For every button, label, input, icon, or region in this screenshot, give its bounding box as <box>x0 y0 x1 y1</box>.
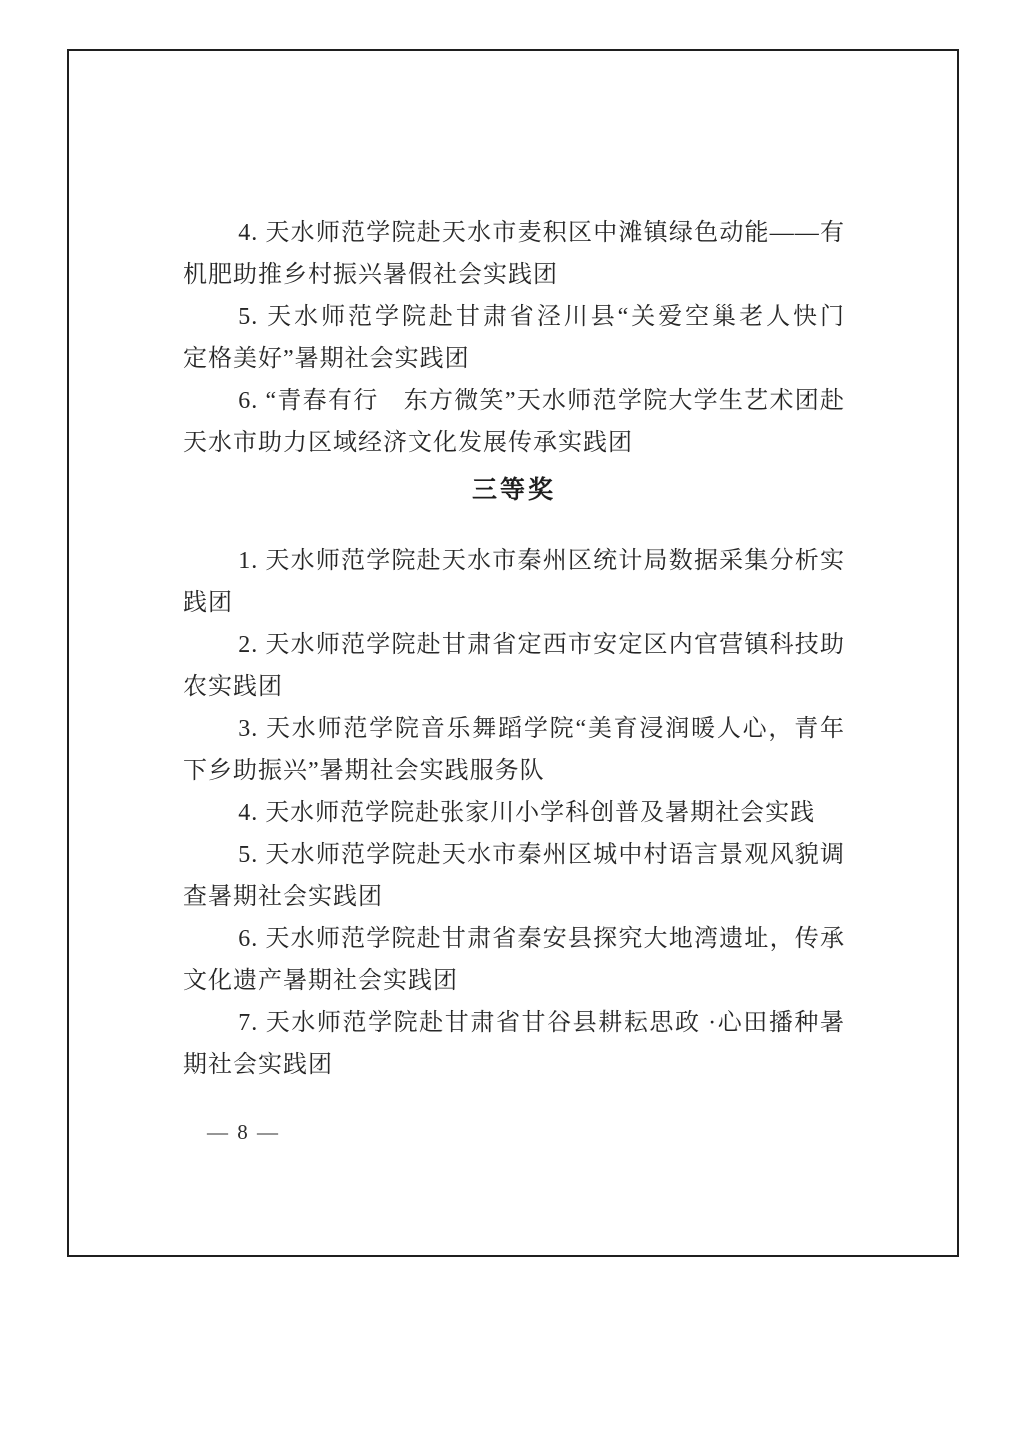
award-item: 7. 天水师范学院赴甘肃省甘谷县耕耘思政 ·心田播种暑期社会实践团 <box>183 1002 845 1086</box>
page-border-frame: 4. 天水师范学院赴天水市麦积区中滩镇绿色动能——有机肥助推乡村振兴暑假社会实践… <box>67 49 959 1257</box>
award-item: 3. 天水师范学院音乐舞蹈学院“美育浸润暖人心，青年下乡助振兴”暑期社会实践服务… <box>183 708 845 792</box>
award-item: 4. 天水师范学院赴天水市麦积区中滩镇绿色动能——有机肥助推乡村振兴暑假社会实践… <box>183 212 845 296</box>
award-item: 5. 天水师范学院赴天水市秦州区城中村语言景观风貌调查暑期社会实践团 <box>183 834 845 918</box>
award-item: 1. 天水师范学院赴天水市秦州区统计局数据采集分析实践团 <box>183 540 845 624</box>
award-item: 6. “青春有行 东方微笑”天水师范学院大学生艺术团赴天水市助力区域经济文化发展… <box>183 380 845 464</box>
award-item: 4. 天水师范学院赴张家川小学科创普及暑期社会实践 <box>183 792 845 834</box>
document-page: 4. 天水师范学院赴天水市麦积区中滩镇绿色动能——有机肥助推乡村振兴暑假社会实践… <box>0 0 1024 1448</box>
award-item: 5. 天水师范学院赴甘肃省泾川县“关爱空巢老人快门 定格美好”暑期社会实践团 <box>183 296 845 380</box>
award-item: 2. 天水师范学院赴甘肃省定西市安定区内官营镇科技助农实践团 <box>183 624 845 708</box>
page-number: — 8 — <box>207 1120 280 1145</box>
text-block: 4. 天水师范学院赴天水市麦积区中滩镇绿色动能——有机肥助推乡村振兴暑假社会实践… <box>183 212 845 1086</box>
award-item: 6. 天水师范学院赴甘肃省秦安县探究大地湾遗址，传承文化遗产暑期社会实践团 <box>183 918 845 1002</box>
section-heading-third-prize: 三等奖 <box>183 469 845 511</box>
